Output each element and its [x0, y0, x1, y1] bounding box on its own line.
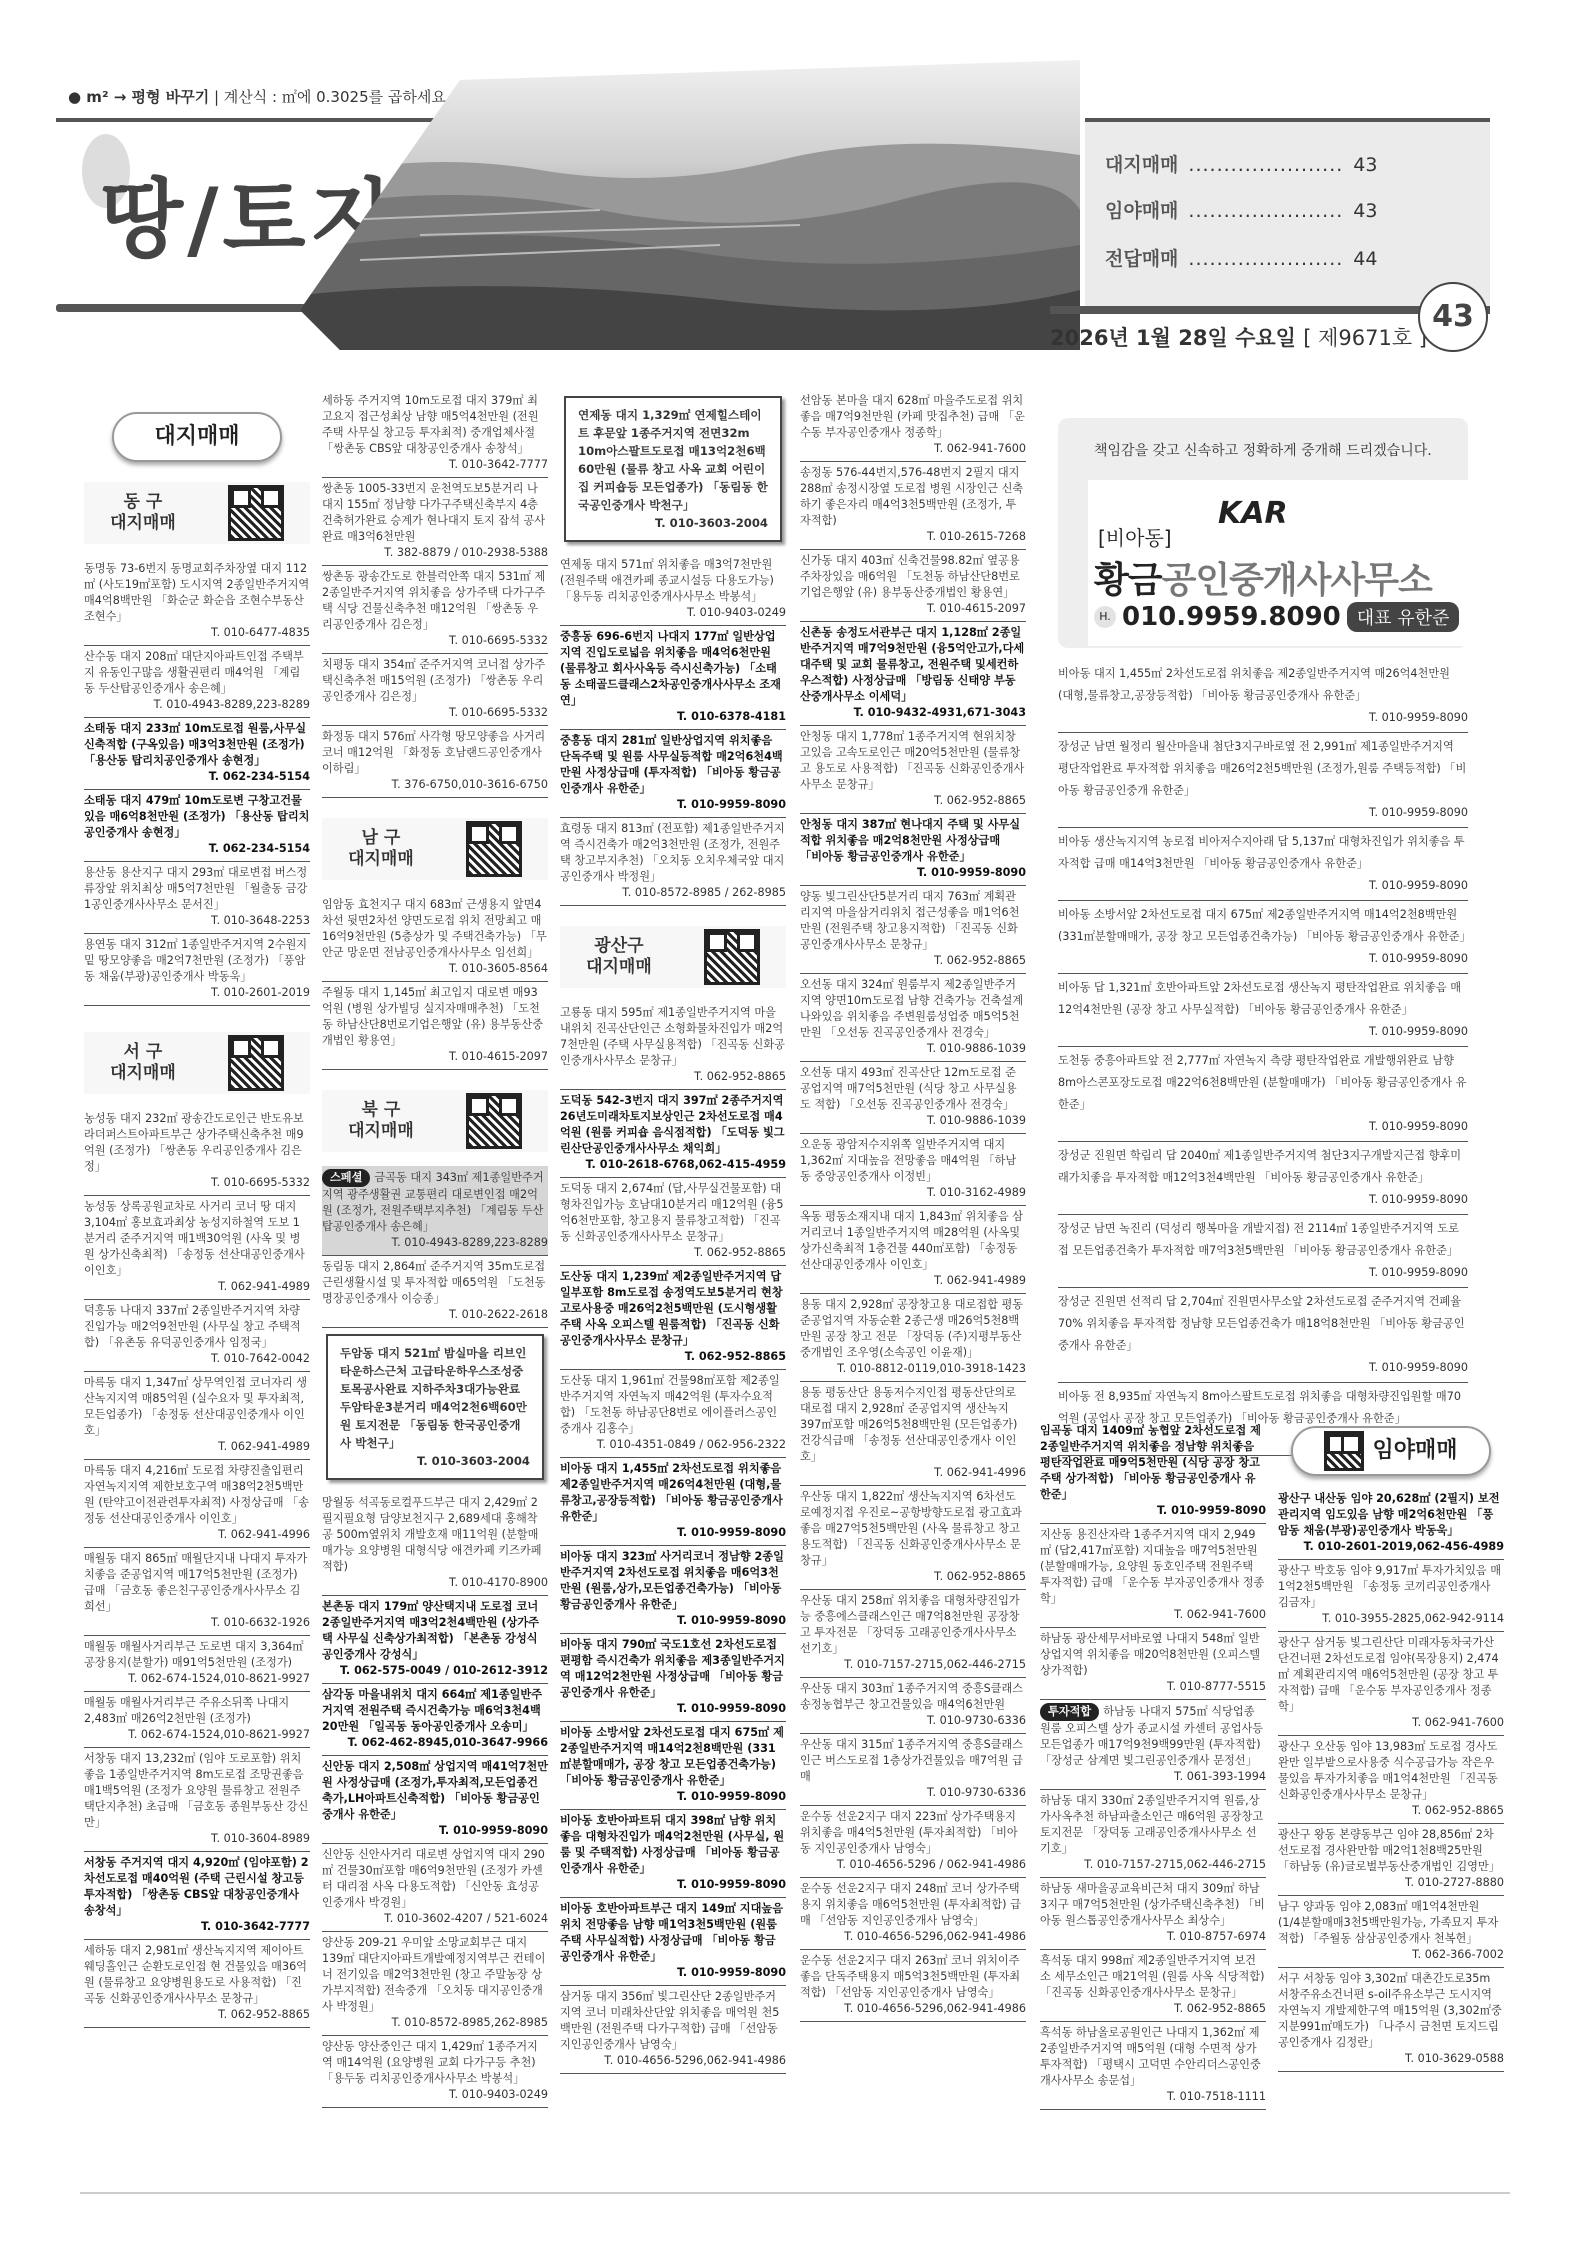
phone-icon: H.: [1094, 606, 1116, 628]
listing-item[interactable]: 마륵동 대지 1,347㎡ 상무역인접 코너자리 생산녹지지역 매85억원 (실…: [84, 1372, 310, 1460]
listing-phone[interactable]: T. 010-3605-8564: [322, 961, 548, 977]
listing-phone[interactable]: T. 010-8757-6974: [1040, 1929, 1266, 1945]
banner-contact: H. 010.9959.8090 대표 유한준: [1094, 602, 1459, 632]
toc-page: 44: [1353, 248, 1377, 270]
listing-text: 동명동 73-6번지 동명교회주차장옆 대지 112㎡ (사도19㎡포함) 도시…: [84, 562, 309, 623]
listing-text: 신안동 대지 2,508㎡ 상업지역 매41억7천만원 사정상급매 (조정가,투…: [322, 1760, 548, 1821]
listing-item[interactable]: 오선동 대지 324㎡ 원룸부지 제2종일반주거지역 양면10m도로접 남향 건…: [800, 974, 1026, 1062]
listing-phone[interactable]: T. 010-4170-8900: [322, 1575, 548, 1591]
listing-phone[interactable]: T. 062-941-4996: [800, 1465, 1026, 1481]
listing-text: 오운동 광암저수지위쪽 일반주거지역 대지 1,362㎡ 지대높음 전망좋음 매…: [800, 1138, 1016, 1183]
qr-code-icon[interactable]: [704, 929, 760, 985]
toc-label: 대지매매: [1105, 150, 1178, 177]
listing-text: 중흥동 대지 281㎡ 일반상업지역 위치좋음 단독주택 및 원룸 사무실등적합…: [560, 734, 783, 795]
listing-phone[interactable]: T. 062-674-1524,010-8621-9927: [84, 1671, 310, 1687]
listing-item[interactable]: 양산동 209-21 우미앞 소망교회부근 대지 139㎡ 대단지아파트개발예정…: [322, 1932, 548, 2036]
listing-phone[interactable]: T. 062-941-4989: [84, 1439, 310, 1455]
listing-item[interactable]: 하남동 광산세무서바로옆 나대지 548㎡ 일반상업지역 위치좋음 매20억8천…: [1040, 1628, 1266, 1700]
listing-phone[interactable]: T. 062-366-7002: [1278, 1947, 1504, 1963]
hwanggeum-realty-banner[interactable]: 책임감을 갖고 신속하고 정확하게 중개해 드리겠습니다. KAR [비아동] …: [1058, 418, 1468, 648]
listing-phone[interactable]: T. 010-3642-7777: [84, 1919, 310, 1935]
listing-item[interactable]: 광산구 박호동 임야 9,917㎡ 투자가치있음 매1억2천5백만원 「송정동 …: [1278, 1560, 1504, 1632]
listing-item[interactable]: 장성군 진원면 학림리 답 2040㎡ 제1종일반주거지역 첨단3지구개발지근접…: [1058, 1142, 1468, 1215]
qr-code-icon[interactable]: [466, 821, 522, 877]
listing-item[interactable]: 신가동 대지 403㎡ 신축건물98.82㎡ 옆공용주차장있음 매6억원 「도천…: [800, 550, 1026, 622]
listing-text: 농성동 상록공원교차로 사거리 코너 땅 대지 3,104㎡ 홍보효과최상 농성…: [84, 1200, 305, 1277]
listing-phone[interactable]: T. 010-4656-5296 / 062-941-4986: [800, 1857, 1026, 1873]
listing-text: 광산구 박호동 임야 9,917㎡ 투자가치있음 매1억2천5백만원 「송정동 …: [1278, 1564, 1501, 1609]
listing-item[interactable]: 고룡동 대지 595㎡ 제1종일반주거지역 마을내위치 진곡산단인근 소형화물차…: [560, 1002, 786, 1090]
listing-phone[interactable]: T. 010-7518-1111: [1040, 2089, 1266, 2105]
listing-item[interactable]: 매월동 매월사거리부근 도로변 대지 3,364㎡ 공장용지(분할가) 매91억…: [84, 1636, 310, 1692]
listing-phone[interactable]: T. 062-941-7600: [800, 441, 1026, 457]
listing-phone[interactable]: T. 010-3603-2004: [340, 1452, 530, 1470]
listing-text: 세하동 주거지역 10m도로접 대지 379㎡ 최고요지 접근성최상 남향 매5…: [322, 394, 539, 455]
listing-text: 비아동 대지 790㎡ 국도1호선 2차선도로접 편평함 즉시건축가 위치좋음 …: [560, 1638, 785, 1699]
listing-item[interactable]: 중흥동 696-6번지 나대지 177㎡ 일반상업지역 진입도로넓음 위치좋음 …: [560, 626, 786, 730]
listing-item[interactable]: 용동 대지 2,928㎡ 공장창고용 대로접합 평동준공업지역 자동순환 2종근…: [800, 1294, 1026, 1382]
listing-phone[interactable]: T. 010-4656-5296,062-941-4986: [800, 1929, 1026, 1945]
listing-item[interactable]: 광산구 왕동 본량동부근 임야 28,856㎡ 2차선도로접 경사완만함 매2억…: [1278, 1824, 1504, 1896]
listing-item[interactable]: 비아동 대지 790㎡ 국도1호선 2차선도로접 편평함 즉시건축가 위치좋음 …: [560, 1634, 786, 1722]
listing-text: 본촌동 대지 179㎡ 양산택지내 도로접 코너 2종일반주거지역 매3억2천4…: [322, 1600, 539, 1661]
listing-item[interactable]: 마륵동 대지 4,216㎡ 도로접 차량진출입편리 자연녹지지역 제한보호구역 …: [84, 1460, 310, 1548]
district-label: 남 구 대지매매: [348, 828, 414, 870]
toc-dots: ......................: [1188, 248, 1343, 270]
listing-phone[interactable]: T. 010-9959-8090: [1058, 1021, 1468, 1043]
district-header-nam: 남 구 대지매매: [322, 818, 548, 880]
listing-item[interactable]: 비아동 생산녹지지역 농로접 비아저수지아래 답 5,137㎡ 대형차진입가 위…: [1058, 828, 1468, 901]
listing-text: 장성군 남면 월정리 월산마을내 첨단3지구바로옆 전 2,991㎡ 제1종일반…: [1058, 740, 1466, 797]
listing-phone[interactable]: T. 010-6695-5332: [322, 633, 548, 649]
listing-phone[interactable]: T. 010-4615-2097: [322, 1049, 548, 1065]
listing-text: 오선동 대지 493㎡ 진곡산단 12m도로접 준공업지역 매7억5천만원 (식…: [800, 1066, 1017, 1111]
listing-phone[interactable]: T. 010-6378-4181: [560, 709, 786, 725]
district-label: 광산구 대지매매: [586, 936, 652, 978]
listing-item[interactable]: 용동 평동산단 용동저수지인접 평동산단의로대로접 대지 2,928㎡ 준공업지…: [800, 1382, 1026, 1486]
listing-phone[interactable]: T. 010-8572-8985,262-8985: [322, 2015, 548, 2031]
district-label: 서 구 대지매매: [110, 1042, 176, 1084]
listing-phone[interactable]: T. 010-7642-0042: [84, 1351, 310, 1367]
listing-phone[interactable]: T. 062-941-7600: [1040, 1607, 1266, 1623]
listing-item[interactable]: 본촌동 대지 179㎡ 양산택지내 도로접 코너 2종일반주거지역 매3억2천4…: [322, 1596, 548, 1684]
listing-text: 서창동 주거지역 대지 4,920㎡ (임야포함) 2차선도로접 매40억원 (…: [84, 1856, 309, 1917]
listing-phone[interactable]: T. 062-952-8865: [1040, 2001, 1266, 2017]
listing-item[interactable]: 비아동 답 1,321㎡ 호반아파트앞 2차선도로접 생산녹지 평탄작업완료 위…: [1058, 974, 1468, 1047]
listing-phone[interactable]: T. 010-3602-4207 / 521-6024: [322, 1911, 548, 1927]
listing-item[interactable]: 세하동 주거지역 10m도로접 대지 379㎡ 최고요지 접근성최상 남향 매5…: [322, 390, 548, 478]
qr-code-icon[interactable]: [466, 1093, 522, 1149]
listing-text: 치평동 대지 354㎡ 준주거지역 코너접 상가주택신축추천 매15억원 (조정…: [322, 658, 545, 703]
listing-phone[interactable]: T. 010-3642-7777: [322, 457, 548, 473]
listing-text: 우산동 대지 258㎡ 위치좋음 대형차량진입가능 중흥에스클래스인근 매7억8…: [800, 1594, 1020, 1655]
listing-phone[interactable]: T. 010-6695-5332: [322, 705, 548, 721]
listing-item[interactable]: 양산동 양산중인근 대지 1,429㎡ 1종주거지역 매14억원 (요양병원 교…: [322, 2036, 548, 2108]
listing-text: 도산동 대지 1,961㎡ 건물98㎡포함 제2종일반주거지역 자연녹지 매42…: [560, 1374, 780, 1435]
listing-item[interactable]: 투자적합하남동 나대지 575㎡ 식당업종 원룸 오피스텔 상가 종교시설 카센…: [1040, 1700, 1266, 1790]
listing-item[interactable]: 하남동 대지 330㎡ 2종일반주거지역 원룸,상가사옥추천 하남파출소인근 매…: [1040, 1790, 1266, 1878]
listing-phone[interactable]: T. 062-941-4996: [84, 1527, 310, 1543]
listing-text: 우산동 대지 315㎡ 1종주거지역 중흥S클래스인근 버스도로접 1층상가건물…: [800, 1738, 1023, 1783]
listing-phone[interactable]: T. 010-9959-8090: [560, 1613, 786, 1629]
listing-phone[interactable]: T. 010-8572-8985 / 262-8985: [560, 885, 786, 901]
listing-text: 운수동 선운2지구 대지 248㎡ 코너 상가주택용지 위치좋음 매6억5천만원…: [800, 1882, 1021, 1927]
listing-phone[interactable]: T. 010-3955-2825,062-942-9114: [1278, 1611, 1504, 1627]
district-header-dong: 동 구 대지매매: [84, 482, 310, 544]
listing-phone[interactable]: T. 010-2601-2019: [84, 985, 310, 1001]
listing-phone[interactable]: T. 010-3603-2004: [578, 514, 768, 532]
listing-text: 양동 빛그린산단5분거리 대지 763㎡ 계획관리지역 마을삼거리위치 접근성좋…: [800, 890, 1019, 951]
listing-item[interactable]: 임암동 효천지구 대지 683㎡ 근생용지 앞면4차선 뒷면2차선 양면도로접 …: [322, 894, 548, 982]
listing-phone[interactable]: T. 010-9959-8090: [560, 797, 786, 813]
listing-item[interactable]: 양동 빛그린산단5분거리 대지 763㎡ 계획관리지역 마을삼거리위치 접근성좋…: [800, 886, 1026, 974]
listing-item[interactable]: 비아동 소방서앞 2차선도로접 대지 675㎡ 제2종일반주거지역 매14억2천…: [560, 1722, 786, 1810]
listing-text: 비아동 대지 323㎡ 사거리코너 정남향 2종일반주거지역 2차선도로접 위치…: [560, 1550, 784, 1611]
listing-text: 우산동 대지 1,822㎡ 생산녹지지역 6차선도로예정지접 우진로~공항방향도…: [800, 1490, 1022, 1567]
listing-item[interactable]: 삼각동 마을내위치 대지 664㎡ 제1종일반주거지역 전원주택 즉시건축가능 …: [322, 1684, 548, 1756]
listing-item[interactable]: 오운동 광암저수지위쪽 일반주거지역 대지 1,362㎡ 지대높음 전망좋음 매…: [800, 1134, 1026, 1206]
listing-phone[interactable]: T. 010-9959-8090: [322, 1823, 548, 1839]
section-land-sale: 대지매매: [112, 412, 282, 462]
listing-phone[interactable]: T. 010-4351-0849 / 062-956-2322: [560, 1437, 786, 1453]
section-forest-sale: 임야매매: [1291, 1426, 1491, 1476]
listing-phone[interactable]: T. 062-941-4989: [800, 1273, 1026, 1289]
toc-label: 전답매매: [1105, 244, 1178, 271]
listing-item[interactable]: 망월동 석곡동로컬푸드부근 대지 2,429㎡ 2필지필요형 담양보천지구 2,…: [322, 1492, 548, 1596]
listing-phone[interactable]: T. 010-9886-1039: [800, 1041, 1026, 1057]
listing-phone[interactable]: T. 062-952-8865: [84, 2007, 310, 2023]
qr-code-icon[interactable]: [228, 1035, 284, 1091]
listing-text: 안청동 대지 387㎡ 현나대지 주택 및 사무실적합 위치좋음 매2억8천만원…: [800, 818, 1020, 863]
listing-text: 장성군 남면 녹진리 (덕성리 행복마을 개발지접) 전 2114㎡ 1종일반주…: [1058, 1222, 1459, 1257]
listing-item[interactable]: 효령동 대지 813㎡ (전포함) 제1종일반주거지역 즉시건축가 매2억3천만…: [560, 818, 786, 906]
listing-phone[interactable]: T. 062-462-8945,010-3647-9966: [322, 1735, 548, 1751]
listing-phone[interactable]: T. 062-234-5154: [84, 841, 310, 857]
listing-phone[interactable]: T. 010-9730-6336: [800, 1713, 1026, 1729]
listing-item[interactable]: 운수동 선운2지구 대지 263㎡ 코너 위치이주 좋음 단독주택용지 매5억3…: [800, 1950, 1026, 2022]
listing-item[interactable]: 오선동 대지 493㎡ 진곡산단 12m도로접 준공업지역 매7억5천만원 (식…: [800, 1062, 1026, 1134]
listing-item[interactable]: 안청동 대지 1,778㎡ 1종주거지역 현위치창고있음 고속도로인근 매20억…: [800, 726, 1026, 814]
listing-phone[interactable]: T. 010-3162-4989: [800, 1185, 1026, 1201]
banner-phone[interactable]: 010.9959.8090: [1122, 602, 1341, 632]
listing-item[interactable]: 임곡동 대지 1409㎡ 농협앞 2차선도로접 제2종일반주거지역 위치좋음 정…: [1040, 1420, 1266, 1524]
listing-item[interactable]: 비아동 대지 323㎡ 사거리코너 정남향 2종일반주거지역 2차선도로접 위치…: [560, 1546, 786, 1634]
page-number-badge: 43: [1418, 282, 1488, 352]
district-header-buk: 북 구 대지매매: [322, 1090, 548, 1152]
listing-phone[interactable]: T. 010-4943-8289,223-8289: [84, 697, 310, 713]
listing-text: 비아동 호반아파트부근 대지 149㎡ 지대높음 위치 전망좋음 남향 매1억3…: [560, 1902, 783, 1963]
column-5-wide: 비아동 대지 1,455㎡ 2차선도로접 위치좋음 제2종일반주거지역 매26억…: [1058, 660, 1468, 1456]
listing-phone[interactable]: T. 010-9959-8090: [1058, 948, 1468, 970]
listing-item[interactable]: 송정동 576-44번지,576-48번지 2필지 대지 288㎡ 송정시장옆 …: [800, 462, 1026, 550]
listing-phone[interactable]: T. 010-9730-6336: [800, 1785, 1026, 1801]
district-header-gwangsan: 광산구 대지매매: [560, 926, 786, 988]
listing-text: 광산구 내산동 임야 20,628㎡ (2필지) 보전관리지역 임도있음 남향 …: [1278, 1492, 1500, 1537]
banner-location: [비아동]: [1098, 522, 1172, 551]
listing-phone[interactable]: T. 010-2618-6768,062-415-4959: [560, 1157, 786, 1173]
listing-item[interactable]: 농성동 상록공원교차로 사거리 코너 땅 대지 3,104㎡ 홍보효과최상 농성…: [84, 1196, 310, 1300]
listing-item[interactable]: 신안동 신안사거리 대로변 상업지역 대지 290㎡ 건물30㎡포함 매6억9천…: [322, 1844, 548, 1932]
listing-phone[interactable]: T. 010-9959-8090: [560, 1701, 786, 1717]
listing-text: 연제동 대지 571㎡ 위치좋음 매3억7천만원 (전원주택 애견카페 종교시설…: [560, 558, 774, 603]
listing-text: 서창동 대지 13,232㎡ (임야 도로포함) 위치좋음 1종일반주거지역 8…: [84, 1752, 308, 1829]
listing-item[interactable]: 매월동 대지 865㎡ 매월단지내 나대지 투자가치좋음 준공업지역 매17억5…: [84, 1548, 310, 1636]
listing-item[interactable]: 지산동 용진산자락 1종주거지역 대지 2,949㎡ (답2,417㎡포함) 지…: [1040, 1524, 1266, 1628]
listing-item[interactable]: 소태동 대지 479㎡ 10m도로변 구창고건물있음 매6억8천만원 (조정가)…: [84, 790, 310, 862]
listing-text: 비아동 대지 1,455㎡ 2차선도로접 위치좋음 제2종일반주거지역 매26억…: [560, 1462, 783, 1523]
listing-phone[interactable]: T. 010-8812-0119,010-3918-1423: [800, 1361, 1026, 1377]
listing-phone[interactable]: T. 062-674-1524,010-8621-9927: [84, 1727, 310, 1743]
listing-text: 망월동 석곡동로컬푸드부근 대지 2,429㎡ 2필지필요형 담양보천지구 2,…: [322, 1496, 542, 1573]
listing-phone[interactable]: T. 010-6632-1926: [84, 1615, 310, 1631]
toc-item-forest[interactable]: 임야매매 ...................... 43: [1105, 196, 1377, 223]
conversion-lead: ● m² → 평형 바꾸기: [68, 88, 209, 106]
listing-phone[interactable]: T. 010-4943-8289,223-8289: [322, 1235, 548, 1251]
toc-item-field[interactable]: 전답매매 ...................... 44: [1105, 244, 1377, 271]
listing-item[interactable]: 비아동 소방서앞 2차선도로접 대지 675㎡ 제2종일반주거지역 매14억2천…: [1058, 901, 1468, 974]
listing-text: 장성군 진원면 선적리 답 2,704㎡ 진원면사무소앞 2차선도로접 준주거지…: [1058, 1295, 1465, 1352]
listing-phone[interactable]: T. 062-941-4989: [84, 1279, 310, 1295]
listing-item[interactable]: 장성군 진원면 선적리 답 2,704㎡ 진원면사무소앞 2차선도로접 준주거지…: [1058, 1288, 1468, 1383]
listing-item[interactable]: 농성동 대지 232㎡ 광송간도로인근 반도유보라더퍼스트아파트부근 상가주택신…: [84, 1108, 310, 1196]
listing-phone[interactable]: T. 382-8879 / 010-2938-5388: [322, 545, 548, 561]
listing-item[interactable]: 비아동 호반아파트뒤 대지 398㎡ 남향 위치좋음 대형차진입가 매4억2천만…: [560, 1810, 786, 1898]
listing-phone[interactable]: T. 376-6750,010-3616-6750: [322, 777, 548, 793]
listing-item[interactable]: 서구 서창동 임야 3,302㎡ 대촌간도로35m 서창주유소건너편 s-oil…: [1278, 1968, 1504, 2072]
listing-phone[interactable]: T. 062-952-8865: [1278, 1803, 1504, 1819]
listing-phone[interactable]: T. 062-575-0049 / 010-2612-3912: [322, 1663, 548, 1679]
listing-item[interactable]: 운수동 선운2지구 대지 248㎡ 코너 상가주택용지 위치좋음 매6억5천만원…: [800, 1878, 1026, 1950]
listing-phone[interactable]: T. 010-9959-8090: [560, 1877, 786, 1893]
listing-item[interactable]: 광산구 삼거동 빛그린산단 미래자동차국가산단건너편 2차선도로접 임야(목장용…: [1278, 1632, 1504, 1736]
listing-text: 세하동 대지 2,981㎡ 생산녹지지역 제이아트웨딩홀인근 순환도로인접 현 …: [84, 1944, 307, 2005]
column-4: 선암동 본마을 대지 628㎡ 마을주도로접 위치좋음 매7억9천만원 (카페 …: [800, 390, 1026, 2022]
listing-phone[interactable]: T. 061-393-1994: [1040, 1769, 1266, 1785]
listing-text: 우산동 대지 303㎡ 1종주거지역 중흥S클래스 송정농협부근 창고건물있음 …: [800, 1682, 1023, 1711]
listing-phone[interactable]: T. 010-2615-7268: [800, 529, 1026, 545]
listing-item[interactable]: 비아동 대지 1,455㎡ 2차선도로접 위치좋음 제2종일반주거지역 매26억…: [560, 1458, 786, 1546]
banner-name-rest: 공인중개사사무소: [1162, 560, 1432, 601]
listing-phone[interactable]: T. 062-952-8865: [800, 1569, 1026, 1585]
listing-phone[interactable]: T. 062-941-7600: [1278, 1715, 1504, 1731]
dateline: 2026년 1월 28일 수요일 [ 제9671호 ]: [1050, 322, 1427, 352]
listing-text: 쌍촌동 광송간도로 한블럭안쪽 대지 531㎡ 제2종일반주거지역 위치좋음 상…: [322, 570, 545, 631]
listing-item[interactable]: 주월동 대지 1,145㎡ 최고입지 대로변 매93억원 (병원 상가빌딩 실지…: [322, 982, 548, 1070]
listing-text: 매월동 매월사거리부근 주유소뒤쪽 나대지 2,483㎡ 매26억2천만원 (조…: [84, 1696, 289, 1725]
listing-text: 신촌동 송정도서관부근 대지 1,128㎡ 2종일반주거지역 매7억9천만원 (…: [800, 626, 1024, 703]
listing-text: 용동 평동산단 용동저수지인접 평동산단의로대로접 대지 2,928㎡ 준공업지…: [800, 1386, 1017, 1463]
listing-phone[interactable]: T. 010-9959-8090: [560, 1965, 786, 1981]
listing-text: 양산동 209-21 우미앞 소망교회부근 대지 139㎡ 대단지아파트개발예정…: [322, 1936, 545, 2013]
listing-text: 용산동 용산지구 대지 293㎡ 대로변접 버스정류장앞 위치최상 매5억7천만…: [84, 866, 307, 911]
listing-item[interactable]: 도덕동 대지 2,674㎡ (답,사무실건물포함) 대형차진입가능 호남대10분…: [560, 1178, 786, 1266]
listing-phone[interactable]: T. 010-9403-0249: [560, 605, 786, 621]
listing-item[interactable]: 광산구 내산동 임야 20,628㎡ (2필지) 보전관리지역 임도있음 남향 …: [1278, 1488, 1504, 1560]
listing-phone[interactable]: T. 010-9959-8090: [800, 865, 1026, 881]
issue-number: [ 제9671호 ]: [1303, 326, 1427, 350]
listing-phone[interactable]: T. 010-9959-8090: [1058, 1262, 1468, 1284]
listing-text: 임곡동 대지 1409㎡ 농협앞 2차선도로접 제2종일반주거지역 위치좋음 정…: [1040, 1424, 1261, 1501]
listing-item[interactable]: 치평동 대지 354㎡ 준주거지역 코너접 상가주택신축추천 매15억원 (조정…: [322, 654, 548, 726]
listing-item[interactable]: 세하동 대지 2,981㎡ 생산녹지지역 제이아트웨딩홀인근 순환도로인접 현 …: [84, 1940, 310, 2028]
listing-text: 용연동 대지 312㎡ 1종일반주거지역 2수원지밑 땅모양좋음 매2억7천만원…: [84, 938, 307, 983]
listing-phone[interactable]: T. 010-3629-0588: [1278, 2051, 1504, 2067]
listing-phone[interactable]: T. 010-9959-8090: [1058, 802, 1468, 824]
listing-item[interactable]: 옥동 평동소재지내 대지 1,843㎡ 위치좋음 삼거리코너 1종일반주거지역 …: [800, 1206, 1026, 1294]
listing-phone[interactable]: T. 062-952-8865: [560, 1245, 786, 1261]
listing-item[interactable]: 쌍촌동 1005-33번지 운천역도보5분거리 나대지 155㎡ 정남향 다가구…: [322, 478, 548, 566]
listing-text: 장성군 진원면 학림리 답 2040㎡ 제1종일반주거지역 첨단3지구개발지근접…: [1058, 1149, 1461, 1184]
listing-item[interactable]: 도덕동 542-3번지 대지 397㎡ 2종주거지역 26년도미래차토지보상인근…: [560, 1090, 786, 1178]
listing-text: 산수동 대지 208㎡ 대단지아파트인접 주택부지 유동인구많음 생활권편리 매…: [84, 650, 304, 695]
listing-text: 삼각동 마을내위치 대지 664㎡ 제1종일반주거지역 전원주택 즉시건축가능 …: [322, 1688, 542, 1733]
listing-item[interactable]: 비아동 대지 1,455㎡ 2차선도로접 위치좋음 제2종일반주거지역 매26억…: [1058, 660, 1468, 733]
listing-text: 고룡동 대지 595㎡ 제1종일반주거지역 마을내위치 진곡산단인근 소형화물차…: [560, 1006, 785, 1067]
toc-page: 43: [1353, 154, 1377, 176]
listing-text: 두암동 대지 521㎡ 밤실마을 리브인 타운하스근처 고급타운하우스조성중 토…: [340, 1346, 527, 1450]
listing-phone[interactable]: T. 010-3604-8989: [84, 1831, 310, 1847]
listing-item[interactable]: 비아동 호반아파트부근 대지 149㎡ 지대높음 위치 전망좋음 남향 매1억3…: [560, 1898, 786, 1986]
listing-text: 서구 서창동 임야 3,302㎡ 대촌간도로35m 서창주유소건너편 s-oil…: [1278, 1972, 1502, 2049]
listing-phone[interactable]: T. 062-952-8865: [560, 1069, 786, 1085]
listing-item[interactable]: 용산동 용산지구 대지 293㎡ 대로변접 버스정류장앞 위치최상 매5억7천만…: [84, 862, 310, 934]
listing-phone[interactable]: T. 010-4656-5296,062-941-4986: [560, 2053, 786, 2069]
listing-text: 비아동 대지 1,455㎡ 2차선도로접 위치좋음 제2종일반주거지역 매26억…: [1058, 667, 1450, 702]
qr-code-icon[interactable]: [1324, 1431, 1364, 1471]
listing-text: 동림동 대지 2,864㎡ 준주거지역 35m도로접 근린생활시설 및 투자적합…: [322, 1260, 545, 1305]
special-badge: 스페셜: [322, 1169, 370, 1187]
listing-item[interactable]: 동명동 73-6번지 동명교회주차장옆 대지 112㎡ (사도19㎡포함) 도시…: [84, 558, 310, 646]
listing-item[interactable]: 매월동 매월사거리부근 주유소뒤쪽 나대지 2,483㎡ 매26억2천만원 (조…: [84, 1692, 310, 1748]
qr-code-icon[interactable]: [228, 485, 284, 541]
listing-text: 용동 대지 2,928㎡ 공장창고용 대로접합 평동준공업지역 자동순환 2종근…: [800, 1298, 1023, 1359]
listing-item[interactable]: 선암동 본마을 대지 628㎡ 마을주도로접 위치좋음 매7억9천만원 (카페 …: [800, 390, 1026, 462]
listing-text: 화정동 대지 576㎡ 사각형 땅모양좋음 사거리코너 매12억원 「화정동 호…: [322, 730, 545, 775]
listing-item[interactable]: 우산동 대지 1,822㎡ 생산녹지지역 6차선도로예정지접 우진로~공항방향도…: [800, 1486, 1026, 1590]
listing-item[interactable]: 신촌동 송정도서관부근 대지 1,128㎡ 2종일반주거지역 매7억9천만원 (…: [800, 622, 1026, 726]
listing-phone[interactable]: T. 010-3648-2253: [84, 913, 310, 929]
listing-phone[interactable]: T. 010-2622-2618: [322, 1307, 548, 1323]
listing-text: 쌍촌동 1005-33번지 운천역도보5분거리 나대지 155㎡ 정남향 다가구…: [322, 482, 545, 543]
listing-text: 지산동 용진산자락 1종주거지역 대지 2,949㎡ (답2,417㎡포함) 지…: [1040, 1528, 1264, 1605]
column-3: 연제동 대지 1,329㎡ 연제힐스테이트 후문앞 1종주거지역 전면32m 1…: [560, 390, 786, 2074]
listing-phone[interactable]: T. 010-2727-8880: [1278, 1875, 1504, 1891]
listing-phone[interactable]: T. 010-9959-8090: [1040, 1503, 1266, 1519]
banner-name-bold: 황금: [1094, 560, 1162, 601]
listing-item[interactable]: 안청동 대지 387㎡ 현나대지 주택 및 사무실적합 위치좋음 매2억8천만원…: [800, 814, 1026, 886]
listing-item[interactable]: 서창동 대지 13,232㎡ (임야 도로포함) 위치좋음 1종일반주거지역 8…: [84, 1748, 310, 1852]
listing-phone[interactable]: T. 010-8777-5515: [1040, 1679, 1266, 1695]
listing-item[interactable]: 서창동 주거지역 대지 4,920㎡ (임야포함) 2차선도로접 매40억원 (…: [84, 1852, 310, 1940]
listing-text: 마륵동 대지 4,216㎡ 도로접 차량진출입편리 자연녹지지역 제한보호구역 …: [84, 1464, 309, 1525]
listing-phone[interactable]: T. 010-7157-2715,062-446-2715: [800, 1657, 1026, 1673]
banner-representative: 대표 유한준: [1347, 602, 1460, 632]
listing-item[interactable]: 남구 양과동 임야 2,083㎡ 매1억4천만원 (1/4분할매매3천5백만원가…: [1278, 1896, 1504, 1968]
listing-item[interactable]: 운수동 선운2지구 대지 223㎡ 상가주택용지 위치좋음 매4억5천만원 (투…: [800, 1806, 1026, 1878]
listing-text: 신안동 신안사거리 대로변 상업지역 대지 290㎡ 건물30㎡포함 매6억9천…: [322, 1848, 545, 1909]
listing-phone[interactable]: T. 010-2601-2019,062-456-4989: [1278, 1539, 1504, 1555]
listing-phone[interactable]: T. 010-9959-8090: [560, 1525, 786, 1541]
listing-text: 도천동 중흥아파트앞 전 2,777㎡ 자연녹지 측량 평탄작업완료 개발행위완…: [1058, 1054, 1466, 1111]
listing-item[interactable]: 소태동 대지 233㎡ 10m도로접 원룸,사무실신축적합 (구옥있음) 매3억…: [84, 718, 310, 790]
listing-phone[interactable]: T. 010-7157-2715,062-446-2715: [1040, 1857, 1266, 1873]
listing-item[interactable]: 도산동 대지 1,239㎡ 제2종일반주거지역 답일부포함 8m도로접 송정역도…: [560, 1266, 786, 1370]
listing-phone[interactable]: T. 010-9959-8090: [1058, 875, 1468, 897]
listing-phone[interactable]: T. 010-4615-2097: [800, 601, 1026, 617]
listing-phone[interactable]: T. 010-9432-4931,671-3043: [800, 705, 1026, 721]
listing-phone[interactable]: T. 010-9959-8090: [1058, 1189, 1468, 1211]
listing-item[interactable]: 도천동 중흥아파트앞 전 2,777㎡ 자연녹지 측량 평탄작업완료 개발행위완…: [1058, 1047, 1468, 1142]
listing-item[interactable]: 광산구 오산동 임야 13,983㎡ 도로접 경사도완만 일부밭으로사용중 식수…: [1278, 1736, 1504, 1824]
column-2: 세하동 주거지역 10m도로접 대지 379㎡ 최고요지 접근성최상 남향 매5…: [322, 390, 548, 2108]
listing-item[interactable]: 중흥동 대지 281㎡ 일반상업지역 위치좋음 단독주택 및 원룸 사무실등적합…: [560, 730, 786, 818]
listing-text: 광산구 오산동 임야 13,983㎡ 도로접 경사도완만 일부밭으로사용중 식수…: [1278, 1740, 1498, 1801]
table-of-contents: 대지매매 ...................... 43 임야매매 ....…: [1085, 118, 1490, 310]
listing-item[interactable]: 동림동 대지 2,864㎡ 준주거지역 35m도로접 근린생활시설 및 투자적합…: [322, 1256, 548, 1328]
listing-phone[interactable]: T. 010-9959-8090: [560, 1789, 786, 1805]
listing-phone[interactable]: T. 010-6695-5332: [84, 1175, 310, 1191]
listing-item[interactable]: 우산동 대지 315㎡ 1종주거지역 중흥S클래스인근 버스도로접 1층상가건물…: [800, 1734, 1026, 1806]
listing-item[interactable]: 우산동 대지 258㎡ 위치좋음 대형차량진입가능 중흥에스클래스인근 매7억8…: [800, 1590, 1026, 1678]
listing-item[interactable]: 하남동 새마을공교육비근처 대지 309㎡ 하남3지구 매7억5천만원 (상가주…: [1040, 1878, 1266, 1950]
listing-item[interactable]: 신안동 대지 2,508㎡ 상업지역 매41억7천만원 사정상급매 (조정가,투…: [322, 1756, 548, 1844]
listing-phone[interactable]: T. 010-9403-0249: [322, 2087, 548, 2103]
listing-phone[interactable]: T. 010-9959-8090: [1058, 707, 1468, 729]
listing-text: 매월동 대지 865㎡ 매월단지내 나대지 투자가치좋음 준공업지역 매17억5…: [84, 1552, 307, 1613]
listing-item[interactable]: 연제동 대지 571㎡ 위치좋음 매3억7천만원 (전원주택 애견카페 종교시설…: [560, 554, 786, 626]
listing-item[interactable]: 스페셜금곡동 대지 343㎡ 제1종일반주거지역 광주생활권 교통편리 대로변인…: [322, 1166, 548, 1256]
listing-text: 효령동 대지 813㎡ (전포함) 제1종일반주거지역 즉시건축가 매2억3천만…: [560, 822, 785, 883]
listing-item[interactable]: 장성군 남면 녹진리 (덕성리 행복마을 개발지접) 전 2114㎡ 1종일반주…: [1058, 1215, 1468, 1288]
listing-text: 신가동 대지 403㎡ 신축건물98.82㎡ 옆공용주차장있음 매6억원 「도천…: [800, 554, 1020, 599]
listing-item[interactable]: 용연동 대지 312㎡ 1종일반주거지역 2수원지밑 땅모양좋음 매2억7천만원…: [84, 934, 310, 1006]
listing-text: 비아동 호반아파트뒤 대지 398㎡ 남향 위치좋음 대형차진입가 매4억2천만…: [560, 1814, 784, 1875]
listing-item[interactable]: 두암동 대지 521㎡ 밤실마을 리브인 타운하스근처 고급타운하우스조성중 토…: [326, 1334, 544, 1480]
listing-item[interactable]: 장성군 남면 월정리 월산마을내 첨단3지구바로옆 전 2,991㎡ 제1종일반…: [1058, 733, 1468, 828]
listing-phone[interactable]: T. 010-9959-8090: [1058, 1116, 1468, 1138]
listing-item[interactable]: 화정동 대지 576㎡ 사각형 땅모양좋음 사거리코너 매12억원 「화정동 호…: [322, 726, 548, 798]
listing-text: 하남동 광산세무서바로옆 나대지 548㎡ 일반상업지역 위치좋음 매20억8천…: [1040, 1632, 1260, 1677]
listing-item[interactable]: 흑석동 하남올로공원인근 나대지 1,362㎡ 제2종일반주거지역 매5억원 (…: [1040, 2022, 1266, 2110]
listing-text: 하남동 새마을공교육비근처 대지 309㎡ 하남3지구 매7억5천만원 (상가주…: [1040, 1882, 1265, 1927]
listing-phone[interactable]: T. 062-234-5154: [84, 769, 310, 785]
listing-phone[interactable]: T. 062-952-8865: [800, 793, 1026, 809]
listing-phone[interactable]: T. 010-9959-8090: [1058, 1357, 1468, 1379]
section-forest-label: 임야매매: [1372, 1428, 1457, 1474]
listing-item[interactable]: 연제동 대지 1,329㎡ 연제힐스테이트 후문앞 1종주거지역 전면32m 1…: [564, 396, 782, 542]
banner-tagline: 책임감을 갖고 신속하고 정확하게 중개해 드리겠습니다.: [1094, 440, 1432, 460]
column-5-lower: 임곡동 대지 1409㎡ 농협앞 2차선도로접 제2종일반주거지역 위치좋음 정…: [1040, 1420, 1266, 2110]
listing-phone[interactable]: T. 062-952-8865: [800, 953, 1026, 969]
listing-item[interactable]: 삼거동 대지 356㎡ 빛그린산단 2종일반주거지역 코너 미래차산단앞 위치좋…: [560, 1986, 786, 2074]
listing-item[interactable]: 흑석동 대지 998㎡ 제2종일반주거지역 보건소 세무소인근 매21억원 (원…: [1040, 1950, 1266, 2022]
toc-item-land[interactable]: 대지매매 ...................... 43: [1105, 150, 1377, 177]
listing-item[interactable]: 우산동 대지 303㎡ 1종주거지역 중흥S클래스 송정농협부근 창고건물있음 …: [800, 1678, 1026, 1734]
listing-text: 중흥동 696-6번지 나대지 177㎡ 일반상업지역 진입도로넓음 위치좋음 …: [560, 630, 781, 707]
listing-phone[interactable]: T. 010-4656-5296,062-941-4986: [800, 2001, 1026, 2017]
listing-text: 삼거동 대지 356㎡ 빛그린산단 2종일반주거지역 코너 미래차산단앞 위치좋…: [560, 1990, 779, 2051]
listing-phone[interactable]: T. 062-952-8865: [560, 1349, 786, 1365]
listing-item[interactable]: 쌍촌동 광송간도로 한블럭안쪽 대지 531㎡ 제2종일반주거지역 위치좋음 상…: [322, 566, 548, 654]
listing-item[interactable]: 산수동 대지 208㎡ 대단지아파트인접 주택부지 유동인구많음 생활권편리 매…: [84, 646, 310, 718]
listing-item[interactable]: 덕흥동 나대지 337㎡ 2종일반주거지역 차량진입가능 매2억9천만원 (사무…: [84, 1300, 310, 1372]
listing-item[interactable]: 도산동 대지 1,961㎡ 건물98㎡포함 제2종일반주거지역 자연녹지 매42…: [560, 1370, 786, 1458]
district-label: 동 구 대지매매: [110, 492, 176, 534]
district-label: 북 구 대지매매: [348, 1100, 414, 1142]
listing-phone[interactable]: T. 010-6477-4835: [84, 625, 310, 641]
listing-text: 임암동 효천지구 대지 683㎡ 근생용지 앞면4차선 뒷면2차선 양면도로접 …: [322, 898, 547, 959]
listing-phone[interactable]: T. 010-9886-1039: [800, 1113, 1026, 1129]
